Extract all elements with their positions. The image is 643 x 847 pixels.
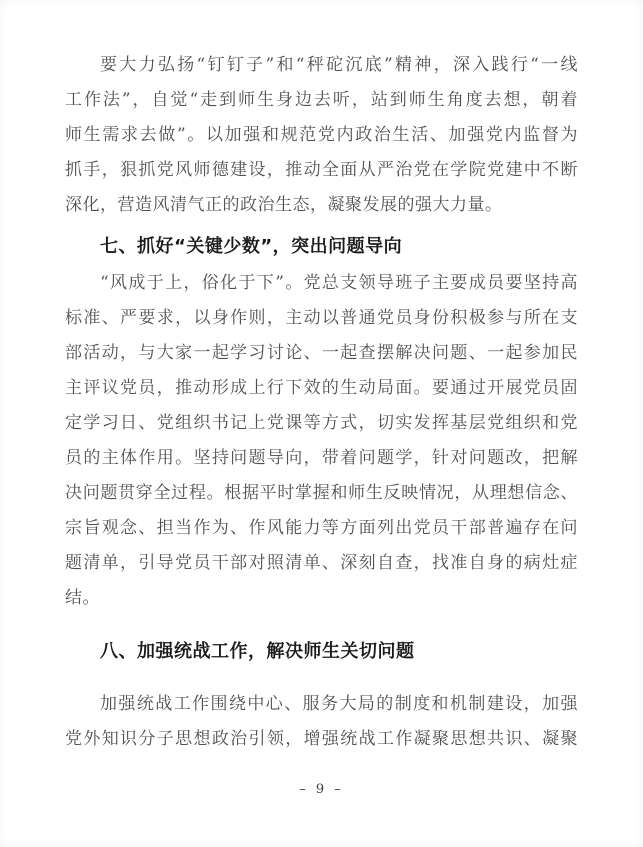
- paragraph-line: 员的主体作用。坚持问题导向，带着问题学，针对问题改，把解: [65, 441, 578, 476]
- paragraph-line: 决问题贯穿全过程。根据平时掌握和师生反映情况，从理想信念、: [65, 476, 578, 511]
- paragraph-line: 题清单，引导党员干部对照清单、深刻自查，找准自身的病灶症: [65, 546, 578, 581]
- paragraph-line: 加强统战工作围绕中心、服务大局的制度和机制建设，加强: [65, 687, 578, 722]
- body-paragraph-2: “风成于上，俗化于下”。党总支领导班子主要成员要坚持高 标准、严要求，以身作则，…: [65, 266, 578, 616]
- paragraph-line: 深化，营造风清气正的政治生态，凝聚发展的强大力量。: [65, 188, 578, 223]
- paragraph-line: 主评议党员，推动形成上行下效的生动局面。要通过开展党员固: [65, 371, 578, 406]
- paragraph-line: 抓手，狠抓党风师德建设，推动全面从严治党在学院党建中不断: [65, 153, 578, 188]
- page-number: – 9 –: [65, 781, 578, 799]
- page-content: 要大力弘扬“钉钉子”和“秤砣沉底”精神，深入践行“一线 工作法”，自觉“走到师生…: [0, 0, 643, 799]
- paragraph-line: 要大力弘扬“钉钉子”和“秤砣沉底”精神，深入践行“一线: [65, 48, 578, 83]
- section-heading-7: 七、抓好“关键少数”，突出问题导向: [65, 233, 578, 261]
- section-heading-8: 八、加强统战工作，解决师生关切问题: [65, 638, 578, 666]
- body-paragraph-3: 加强统战工作围绕中心、服务大局的制度和机制建设，加强 党外知识分子思想政治引领，…: [65, 687, 578, 757]
- document-page: 要大力弘扬“钉钉子”和“秤砣沉底”精神，深入践行“一线 工作法”，自觉“走到师生…: [0, 0, 643, 847]
- paragraph-line: 标准、严要求，以身作则，主动以普通党员身份积极参与所在支: [65, 301, 578, 336]
- paragraph-line: “风成于上，俗化于下”。党总支领导班子主要成员要坚持高: [65, 266, 578, 301]
- paragraph-line: 党外知识分子思想政治引领，增强统战工作凝聚思想共识、凝聚: [65, 722, 578, 757]
- body-paragraph-1: 要大力弘扬“钉钉子”和“秤砣沉底”精神，深入践行“一线 工作法”，自觉“走到师生…: [65, 48, 578, 223]
- paragraph-line: 工作法”，自觉“走到师生身边去听，站到师生角度去想，朝着: [65, 83, 578, 118]
- paragraph-line: 部活动，与大家一起学习讨论、一起查摆解决问题、一起参加民: [65, 336, 578, 371]
- paragraph-line: 师生需求去做”。以加强和规范党内政治生活、加强党内监督为: [65, 118, 578, 153]
- paragraph-line: 结。: [65, 581, 578, 616]
- paragraph-line: 定学习日、党组织书记上党课等方式，切实发挥基层党组织和党: [65, 406, 578, 441]
- paragraph-line: 宗旨观念、担当作为、作风能力等方面列出党员干部普遍存在问: [65, 511, 578, 546]
